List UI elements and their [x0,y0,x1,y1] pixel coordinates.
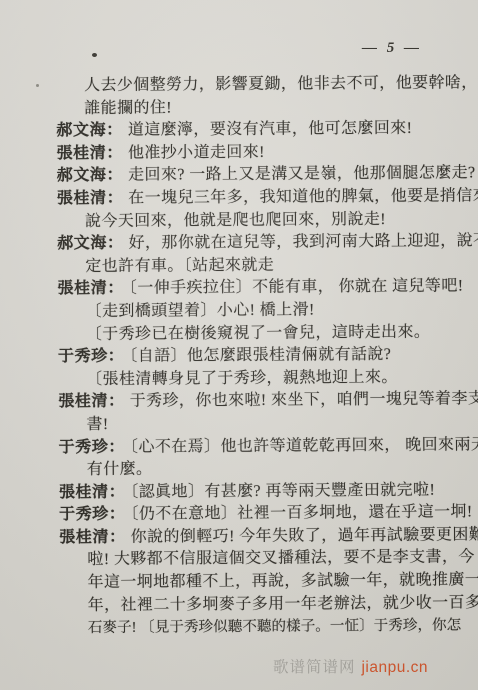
script-line: 誰能攔的住! [0,95,478,121]
script-line: 有什麼。 [3,456,478,482]
speaker-name: 張桂清： [57,190,124,207]
watermark-site-name: 歌谱简谱网 [273,659,356,676]
dialogue-text: 于秀珍，你也來啦! 來坐下，咱們一塊兒等着李支 [130,391,478,410]
script-line: 〔張桂清轉身見了于秀珍，親熱地迎上來。 [2,366,478,392]
watermark: 歌谱简谱网jianpu.cn [273,655,428,677]
script-line: 郝文海：走回來? 一路上又是溝又是嶺，他那個腿怎麼走? [1,163,478,189]
script-line: 于秀珍：〔仍不在意地〕社裡一百多坰地，還在乎這一坰! [3,502,478,528]
speaker-name: 于秀珍： [58,348,125,365]
dialogue-text: 〔認眞地〕有甚麼? 再等兩天豐產田就完啦! [130,481,435,500]
dialogue-text: 〔張桂清轉身見了于秀珍，親熱地迎上來。 [86,369,398,388]
ink-speck [92,53,97,57]
dialogue-text: 啦! 大夥都不信服這個交叉播種法，要不是李支書，今 [87,549,474,569]
dialogue-text: 有什麼。 [87,461,153,478]
watermark-site-url[interactable]: jianpu.cn [361,659,428,676]
script-line: 說今天回來，他就是爬也爬回來，別說走! [1,208,478,234]
dialogue-text: 〔于秀珍已在樹後窺視了一會兒，這時走出來。 [86,323,431,342]
speaker-name: 張桂清： [59,529,126,546]
script-line: 于秀珍：〔心不在焉〕他也許等道乾乾再回來， 晚回來兩天 [3,434,478,460]
dialogue-text: 道這麼濘，要沒有汽車，他可怎麼回來! [128,120,413,139]
dialogue-text: 年，社裡二十多坰麥子多用一年老辦法，就少收一百多 [88,594,478,614]
script-line: 〔于秀珍已在樹後窺視了一會兒，這時走出來。 [2,321,478,347]
script-line: 郝文海：好，那你就在這兒等，我到河南大路上迎迎，說不 [1,230,478,256]
dialogue-text: 你說的倒輕巧! 今年失敗了，過年再試驗要更困難 [131,526,478,545]
speaker-name: 于秀珍： [59,506,126,523]
script-line: 張桂清：你說的倒輕巧! 今年失敗了，過年再試驗要更困難 [3,524,478,550]
dialogue-text: 〔心不在焉〕他也許等道乾乾再回來， 晚回來兩天 [130,436,478,455]
script-line: 張桂清：于秀珍，你也來啦! 來坐下，咱們一塊兒等着李支 [2,389,478,415]
dialogue-text: 他准抄小道走回來! [128,144,265,162]
dialogue-text: 好，那你就在這兒等，我到河南大路上迎迎，說不 [129,232,478,252]
script-line: 張桂清：在一塊兒三年多，我知道他的脾氣，他要是捎信來 [1,185,478,211]
dialogue-text: 〔一伸手疾拉住〕不能有車， 你就在 這兒等吧! [129,278,464,297]
dialogue-text: 〔仍不在意地〕社裡一百多坰地，還在乎這一坰! [130,504,472,523]
speaker-name: 張桂清： [59,483,126,500]
script-line: 啦! 大夥都不信服這個交叉播種法，要不是李支書，今 [3,547,478,573]
script-line: 年，社裡二十多坰麥子多用一年老辦法，就少收一百多 [4,592,478,618]
dialogue-text: 書! [86,416,108,433]
dialogue-text: 在一塊兒三年多，我知道他的脾氣，他要是捎信來 [128,187,478,207]
script-line: 〔走到橋頭望着〕小心! 橋上滑! [2,298,478,324]
dialogue-text: 人去少個整勞力，影響夏鋤，他非去不可，他要幹啥， [84,74,478,94]
speaker-name: 張桂清： [57,280,124,297]
script-line: 人去少個整勞力，影響夏鋤，他非去不可，他要幹啥， [0,72,478,98]
script-line: 張桂清：〔一伸手疾拉住〕不能有車， 你就在 這兒等吧! [1,276,478,302]
scanned-page: — 5 — 人去少個整勞力，影響夏鋤，他非去不可，他要幹啥，誰能攔的住!郝文海：… [0,0,478,690]
page-number: — 5 — [362,40,422,57]
speaker-name: 張桂清： [58,393,125,410]
dialogue-text: 石麥子! 〔見于秀珍似聽不聽的樣子。一怔〕于秀珍，你怎 [88,618,461,637]
script-line: 于秀珍：〔自語〕他怎麼跟張桂清倆就有話說? [2,343,478,369]
speaker-name: 張桂清： [56,145,123,162]
dialogue-text: 誰能攔的住! [84,99,172,117]
speaker-name: 郝文海： [56,122,123,139]
script-line: 張桂清：他准抄小道走回來! [0,140,478,166]
dialogue-text: 走回來? 一路上又是溝又是嶺，他那個腿怎麼走? [128,165,476,184]
script-line: 定也許有車。〔站起來就走 [1,253,478,279]
speaker-name: 郝文海： [57,167,124,184]
script-line: 張桂清：〔認眞地〕有甚麼? 再等兩天豐產田就完啦! [3,479,478,505]
dialogue-text: 〔自語〕他怎麼跟張桂清倆就有話說? [129,346,391,365]
speaker-name: 于秀珍： [59,438,126,455]
script-line: 書! [2,411,478,437]
dialogue-text: 說今天回來，他就是爬也爬回來，別說走! [85,211,386,230]
script-line: 石麥子! 〔見于秀珍似聽不聽的樣子。一怔〕于秀珍，你怎 [4,615,478,641]
dialogue-text: 定也許有車。〔站起來就走 [85,257,274,275]
script-line: 郝文海：道這麼濘，要沒有汽車，他可怎麼回來! [0,118,478,144]
script-line: 年這一坰地都種不上，再說，多試驗一年，就晚推廣一 [3,569,478,595]
speaker-name: 郝文海： [57,235,124,252]
script-text-block: 人去少個整勞力，影響夏鋤，他非去不可，他要幹啥，誰能攔的住!郝文海：道這麼濘，要… [0,72,478,640]
dialogue-text: 〔走到橋頭望着〕小心! 橋上滑! [86,301,315,320]
dialogue-text: 年這一坰地都種不上，再說，多試驗一年，就晚推廣一 [87,571,478,591]
